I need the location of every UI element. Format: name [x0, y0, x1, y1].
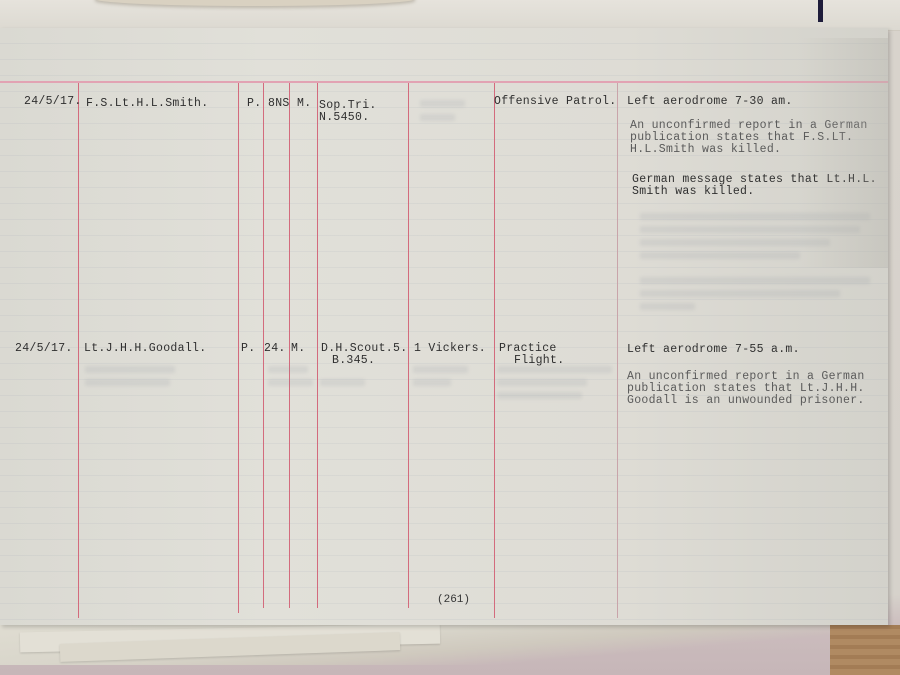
entry-squadron: 8NS: [268, 98, 290, 110]
ghost-text: [640, 226, 860, 233]
entry-remark-line: Smith was killed.: [632, 186, 754, 198]
entry-date: 24/5/17.: [15, 343, 73, 355]
entry-duty: Offensive Patrol.: [494, 96, 616, 108]
entry-date: 24/5/17.: [24, 96, 82, 108]
column-rule-name: [238, 83, 239, 613]
column-rule-aircraft: [408, 83, 409, 608]
ledger-page: 24/5/17. F.S.Lt.H.L.Smith. P. 8NS M. Sop…: [0, 28, 888, 625]
entry-squadron: 24.: [264, 343, 286, 355]
column-rule-squadron: [289, 83, 290, 608]
entry-rank-code: P.: [247, 98, 261, 110]
entry-armament: 1 Vickers.: [414, 343, 486, 355]
ghost-text: [640, 277, 870, 284]
ghost-text: [268, 366, 308, 373]
ghost-text: [640, 213, 870, 220]
column-rule-status: [317, 83, 318, 608]
entry-aircraft-serial: B.345.: [332, 355, 375, 367]
entry-name: F.S.Lt.H.L.Smith.: [86, 98, 208, 110]
ghost-text: [497, 392, 582, 399]
page-curl: [95, 0, 415, 6]
ghost-text: [320, 379, 365, 386]
entry-duty-cont: Flight.: [514, 355, 564, 367]
ghost-text: [268, 379, 313, 386]
ghost-text: [640, 290, 840, 297]
ghost-text: [497, 379, 587, 386]
header-rule: [0, 81, 888, 83]
entry-name: Lt.J.H.H.Goodall.: [84, 343, 206, 355]
ghost-text: [640, 303, 695, 310]
stacked-pages-edge: [0, 620, 830, 665]
entry-remark-line: Left aerodrome 7-30 am.: [627, 96, 793, 108]
entry-remark-line: H.L.Smith was killed.: [630, 144, 781, 156]
entry-remark-line: Left aerodrome 7-55 a.m.: [627, 344, 800, 356]
column-rule-date: [78, 83, 79, 618]
entry-status-code: M.: [291, 343, 305, 355]
ghost-text: [420, 100, 465, 107]
entry-aircraft-serial: N.5450.: [319, 112, 369, 124]
ghost-text: [85, 366, 175, 373]
binding-ribbon: [818, 0, 823, 22]
ghost-text: [640, 239, 830, 246]
column-rule-duty: [617, 83, 618, 618]
ghost-text: [497, 366, 612, 373]
entry-remark-line: Goodall is an unwounded prisoner.: [627, 395, 865, 407]
ghost-text: [85, 379, 170, 386]
column-rule-armament: [494, 83, 495, 618]
top-folded-sheet: [0, 0, 900, 31]
entry-rank-code: P.: [241, 343, 255, 355]
ghost-text: [413, 379, 451, 386]
page-number: (261): [437, 594, 470, 606]
entry-status-code: M.: [297, 98, 311, 110]
ghost-text: [640, 252, 800, 259]
ghost-text: [413, 366, 468, 373]
wooden-desk-edge: [830, 625, 900, 675]
ghost-text: [420, 114, 455, 121]
